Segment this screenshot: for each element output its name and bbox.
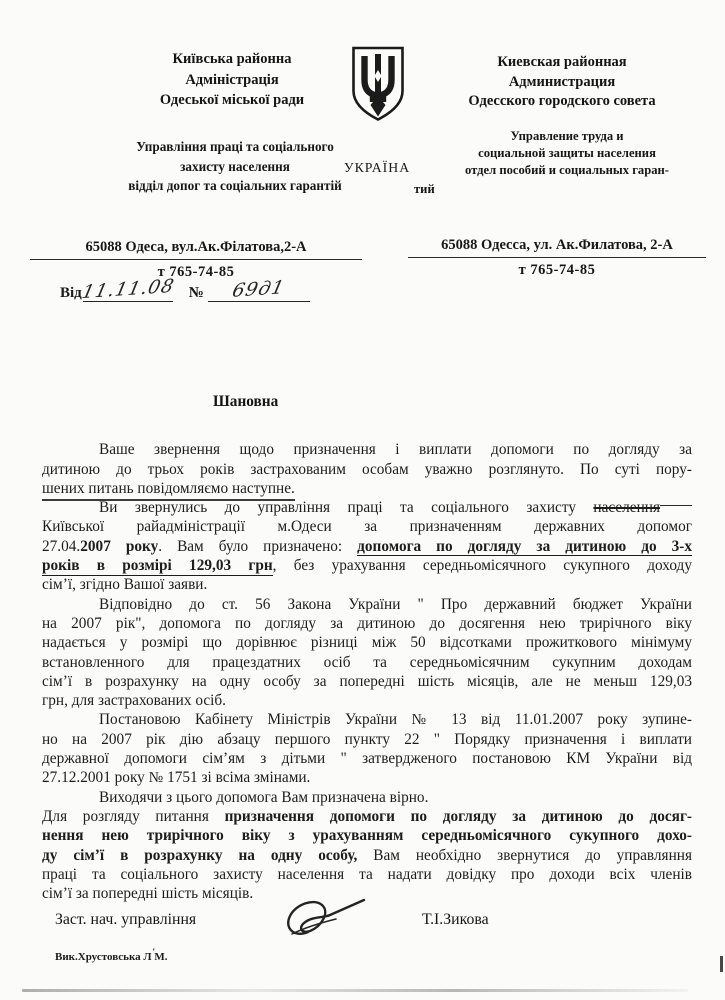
body-line: надається у розмірі що дорівнює різниці … <box>42 633 692 652</box>
paragraph: Постановою Кабінету Міністрів України № … <box>42 710 692 787</box>
dept-line: відділ допог та соціальних гарантій <box>78 176 392 196</box>
text-segment: надається у розмірі що дорівнює різниці … <box>42 634 692 651</box>
org-line: Одесского городского совета <box>426 92 698 112</box>
text-segment: 27.12.2001 року № 1751 зі всіма змінами. <box>42 769 310 786</box>
text-segment: Постановою Кабінету Міністрів України № … <box>99 711 692 728</box>
handwritten-date: 11.11.08 <box>80 276 177 303</box>
handwritten-date-field: 11.11.08 <box>83 279 173 302</box>
body-line: ду сім’ї в розрахунку на одну особу, Вам… <box>42 846 692 865</box>
body-line: років в розмірі 129,03 грн, без урахуван… <box>42 556 692 575</box>
executor-note: Вик.Хрустовська Л М. <box>55 951 167 963</box>
text-segment: державної допомоги сім’ям з дітьми " зат… <box>42 750 692 767</box>
scan-artifact-mark: ʻ <box>152 946 156 958</box>
body-line: 27.04.2007 року. Вам було призначено: до… <box>42 537 692 556</box>
number-label: № <box>189 285 204 302</box>
department-russian: Управление труда и социальной защиты нас… <box>428 128 706 198</box>
date-label: Від <box>60 285 82 302</box>
text-segment: . Вам було призначено: <box>158 538 357 555</box>
org-line: Киевская районная <box>426 53 698 73</box>
text-segment: Виходячи з цього допомога Вам призначена… <box>99 789 428 806</box>
address-line: 65088 Одесса, ул. Ак.Филатова, 2-А <box>408 237 706 258</box>
text-segment: но на 2007 рік дію абзацу першого пункту… <box>42 731 692 748</box>
body-line: Ваше звернення щодо призначення і виплат… <box>42 440 692 459</box>
body-line: Відповідно до ст. 56 Закона України " Пр… <box>42 595 692 614</box>
text-segment: 2007 року <box>80 538 158 555</box>
body-line: шених питань повідомляємо наступне. <box>42 479 692 498</box>
body-line: 27.12.2001 року № 1751 зі всіма змінами. <box>42 768 692 787</box>
body-line: нення нею трирічного віку з урахуванням … <box>42 826 692 845</box>
letter-paragraphs: Ваше звернення щодо призначення і виплат… <box>42 440 692 903</box>
dept-line: социальной защиты населения <box>428 145 706 162</box>
text-segment: , без урахування середньомісячного сукуп… <box>273 557 692 574</box>
struck-word: населення <box>593 499 660 516</box>
org-line: Администрация <box>426 73 698 93</box>
benefit-type-underlined: допомога по догляду за дитиною до 3-х <box>357 538 692 557</box>
body-line: праці та соціального захисту населення т… <box>42 865 692 884</box>
body-line: но на 2007 рік дію абзацу першого пункту… <box>42 730 692 749</box>
text-segment: Ваше звернення щодо призначення і виплат… <box>99 441 692 458</box>
body-line: Київської райадміністрації м.Одеси за пр… <box>42 517 692 536</box>
text-segment: Вам необхідно звернутися до управляння <box>357 847 692 864</box>
body-line: державної допомоги сім’ям з дітьми " зат… <box>42 749 692 768</box>
body-line: встановленного для працездатних осіб та … <box>42 653 692 672</box>
org-name-russian: Киевская районная Администрация Одесског… <box>426 53 698 112</box>
dept-line: отдел пособий и социальных гаран- <box>428 162 706 179</box>
text-segment: нення нею трирічного віку з урахуванням … <box>42 827 692 844</box>
paragraph: Виходячи з цього допомога Вам призначена… <box>42 788 692 807</box>
signer-position: Заст. нач. управління <box>55 911 196 929</box>
paragraph: Ваше звернення щодо призначення і виплат… <box>42 440 692 498</box>
paragraph: Для розгляду питання призначення допомог… <box>42 807 692 903</box>
body-line: грн, для застрахованих осіб. <box>42 691 692 710</box>
handwritten-number-field: 69д1 <box>208 279 310 302</box>
text-segment: праці та соціального захисту населення т… <box>42 866 692 883</box>
salutation: Шановна <box>213 392 692 411</box>
strikethrough-extension <box>660 505 692 507</box>
body-line: дитиною до трьох років застрахованим осо… <box>42 460 692 479</box>
text-segment: 27.04. <box>42 538 80 555</box>
text-segment: Ви звернулись до управління праці та соц… <box>99 499 593 516</box>
letter-body: Шановна Ваше звернення щодо призначення … <box>42 392 692 903</box>
text-segment: сім’ї за попередні шість місяців. <box>42 885 253 902</box>
address-block-ukrainian: 65088 Одеса, вул.Ак.Філатова,2-А т 765-7… <box>30 239 362 281</box>
country-label: УКРАЇНА <box>330 160 424 176</box>
paragraph: Ви звернулись до управління праці та соц… <box>42 498 692 594</box>
text-segment: на 2007 рік", допомога по догляду за дит… <box>42 615 692 632</box>
body-line: Для розгляду питання призначення допомог… <box>42 807 692 826</box>
ukraine-trident-emblem-icon <box>349 45 407 123</box>
body-line: Ви звернулись до управління праці та соц… <box>42 498 692 517</box>
body-line: Виходячи з цього допомога Вам призначена… <box>42 788 692 807</box>
org-name-ukrainian: Київська районна Адміністрація Одеської … <box>112 49 352 111</box>
scan-artifact-tick <box>720 956 723 972</box>
handwritten-number: 69д1 <box>231 277 287 302</box>
body-line: Постановою Кабінету Міністрів України № … <box>42 710 692 729</box>
text-segment: сім’ї, згідно Вашої заяви. <box>42 576 207 593</box>
text-segment: Відповідно до ст. 56 Закона України " Пр… <box>99 596 692 613</box>
benefit-amount-underlined: років в розмірі 129,03 грн <box>42 557 273 576</box>
text-segment: грн, для застрахованих осіб. <box>42 692 226 709</box>
handwritten-signature-icon <box>278 896 370 949</box>
text-segment: дитиною до трьох років застрахованим осо… <box>42 461 692 478</box>
address-block-russian: 65088 Одесса, ул. Ак.Филатова, 2-А т 765… <box>408 237 706 279</box>
text-segment: встановленного для працездатних осіб та … <box>42 654 692 671</box>
address-line: 65088 Одеса, вул.Ак.Філатова,2-А <box>30 239 362 260</box>
dept-line: Управління праці та соціального <box>78 137 392 157</box>
scanned-letter-page: Київська районна Адміністрація Одеської … <box>0 0 725 1000</box>
signer-name: Т.І.Зикова <box>422 911 489 929</box>
text-segment: Київської райадміністрації м.Одеси за пр… <box>42 518 692 535</box>
reference-line: Від11.11.08№69д1 <box>60 279 310 302</box>
text-segment: сім’ї в розрахунку на одну особу за попе… <box>42 673 692 690</box>
text-segment: ду сім’ї в розрахунку на одну особу, <box>42 847 357 864</box>
phone-number: т 765-74-85 <box>408 262 706 279</box>
org-line: Адміністрація <box>112 70 352 91</box>
body-line: сім’ї в розрахунку на одну особу за попе… <box>42 672 692 691</box>
dept-line-wrap: тий <box>414 181 706 198</box>
body-line: на 2007 рік", допомога по догляду за дит… <box>42 614 692 633</box>
org-line: Київська районна <box>112 49 352 70</box>
text-segment: призначення допомоги по догляду за дитин… <box>225 808 692 825</box>
text-segment: Для розгляду питання <box>42 808 225 825</box>
body-line: сім’ї, згідно Вашої заяви. <box>42 575 692 594</box>
paragraph: Відповідно до ст. 56 Закона України " Пр… <box>42 595 692 711</box>
org-line: Одеської міської ради <box>112 90 352 111</box>
scan-artifact-band <box>22 989 688 992</box>
dept-line: Управление труда и <box>428 128 706 145</box>
